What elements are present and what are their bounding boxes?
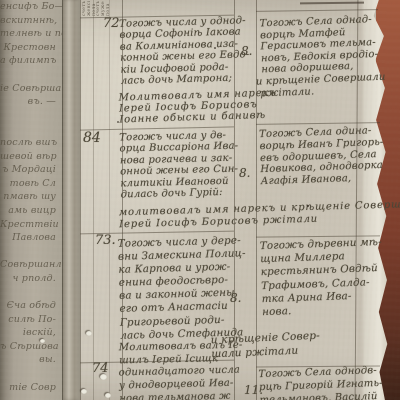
entry-text-priest: Молитвовалъ имя нарекъІерей Іосифъ Борис… bbox=[119, 88, 278, 127]
ink-speck bbox=[307, 205, 309, 207]
handwritten-line bbox=[0, 367, 62, 381]
handwritten-line: іе Совѣрша bbox=[0, 82, 62, 96]
column-rule bbox=[93, 0, 94, 400]
entry-text-godparents: Тогожъ Села однодв-рцѣ Григорій Игнать-т… bbox=[258, 364, 383, 400]
handwritten-line: послѣ вшъ bbox=[0, 136, 62, 150]
entry-text-godparents: Тогожъ Села одина-ворцѣ Иванъ Григорь-ев… bbox=[259, 125, 385, 188]
ink-speck bbox=[214, 47, 216, 49]
entry-text-godparents: Тогожъ Села однад-ворцѣ МатфейГерасимовъ… bbox=[259, 14, 386, 100]
handwritten-line: Совѣршанл bbox=[0, 258, 62, 272]
handwritten-line: дилась дочь Гурій: bbox=[121, 187, 240, 201]
handwritten-line: Єча обѣд bbox=[0, 299, 62, 313]
day-number: 8. bbox=[239, 166, 250, 180]
handwritten-line: вы. bbox=[0, 353, 62, 367]
entry-number: 72 bbox=[103, 16, 120, 31]
handwritten-line: телнвѣ и по bbox=[0, 27, 62, 41]
entry-number: 84 bbox=[83, 130, 101, 146]
handwritten-line: нова тельманова ж bbox=[119, 390, 241, 400]
handwritten-line: тіе Совр bbox=[0, 381, 62, 395]
handwritten-line: івскій, bbox=[0, 326, 62, 340]
entry-text-birth: Тогожъ числа у дв-орца Виссаріона Ива-но… bbox=[119, 130, 239, 201]
handwritten-line: пмавѣ шу bbox=[0, 190, 62, 204]
handwritten-line: Крестовн bbox=[0, 41, 62, 55]
handwritten-line: Кресттвіи bbox=[0, 218, 62, 232]
entry-text-godparents: Тогожъ дѣревни мѣ-щина Миллеракрестьянин… bbox=[260, 236, 385, 319]
handwritten-line: ъ Сѣршова bbox=[0, 340, 62, 354]
handwritten-line: лась дочь Матрона; bbox=[121, 72, 251, 87]
entry-text-baptism-formula: и крѣщеніе Совер-шали ржітали bbox=[210, 330, 320, 362]
worm-hole bbox=[40, 339, 45, 343]
column-header-female-count: счетъ женска пола bbox=[82, 1, 97, 16]
handwritten-line bbox=[0, 109, 62, 123]
handwritten-line: енсифъ Бо— bbox=[0, 0, 62, 14]
handwritten-line: амь вицр bbox=[0, 204, 62, 218]
handwritten-line: а филимпъ bbox=[0, 54, 62, 68]
column-rule bbox=[109, 0, 110, 400]
handwritten-line: ъ Мордаці bbox=[0, 163, 62, 177]
ink-speck bbox=[117, 121, 119, 123]
entry-text-birth: Тогожъ числа у дере-вни Замескина Полиц-… bbox=[118, 234, 249, 342]
register-photo: енсифъ Бо—вскитннѣ,телнвѣ и поКрестовна … bbox=[0, 0, 400, 400]
worm-hole bbox=[105, 393, 111, 398]
handwritten-line: вскитннѣ, bbox=[0, 14, 62, 28]
column-rule bbox=[80, 0, 81, 400]
entry-text-birth: Тогожъ числа у однод-ворца Софоніѣ Іаков… bbox=[119, 15, 250, 87]
handwritten-line bbox=[0, 245, 62, 259]
handwritten-line: Павлова bbox=[0, 231, 62, 245]
handwritten-line: товѣ Сл bbox=[0, 177, 62, 191]
handwritten-line: шевой вѣр bbox=[0, 150, 62, 164]
handwritten-line bbox=[0, 285, 62, 299]
page-gutter-fold bbox=[63, 0, 80, 400]
worm-hole bbox=[86, 331, 92, 336]
handwritten-line bbox=[0, 122, 62, 136]
header-ink-mark bbox=[300, 2, 364, 5]
worm-hole bbox=[100, 374, 107, 380]
handwritten-line: силѣ По- bbox=[0, 313, 62, 327]
column-header-male-count: счетъ мужеска пола bbox=[96, 1, 111, 16]
handwritten-line: ч рполд. bbox=[0, 272, 62, 286]
entry-text-birth: одиннадцатого числау днодворцевой Ива-но… bbox=[119, 364, 241, 400]
handwritten-line: въ. — bbox=[0, 95, 62, 109]
handwritten-line bbox=[0, 68, 62, 82]
neighbour-page-edge: енсифъ Бо—вскитннѣ,телнвѣ и поКрестовна … bbox=[0, 0, 63, 400]
entry-number: 73. bbox=[95, 233, 116, 248]
worm-hole bbox=[81, 389, 87, 394]
